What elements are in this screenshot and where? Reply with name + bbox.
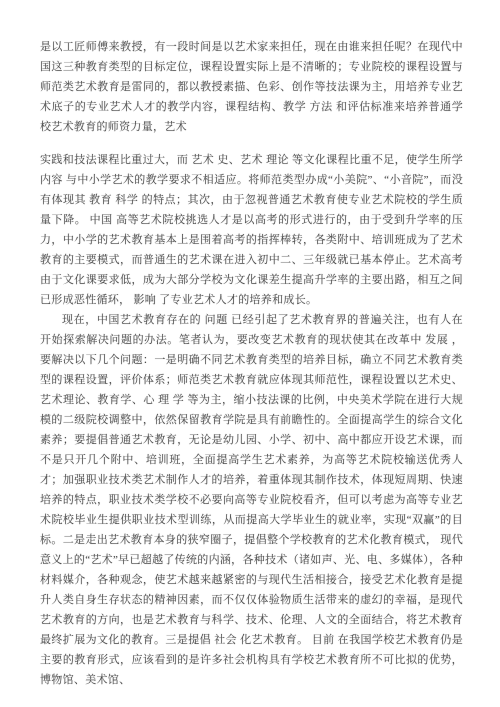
body-paragraph-1: 是以工匠师傅来教授，有一段时间是以艺术家来担任，现在由谁来担任呢？在现代中国这三… — [40, 37, 463, 137]
body-paragraph-3: 现在，中国艺术教育存在的 问题 已经引起了艺术教育界的普遍关注，也有人在开始探索… — [40, 310, 463, 690]
document-page: 是以工匠师傅来教授，有一段时间是以艺术家来担任，现在由谁来担任呢？在现代中国这三… — [0, 0, 500, 707]
body-paragraph-2: 实践和技法课程比重过大，而 艺术 史、艺术 理论 等文化课程比重不足，使学生所学… — [40, 150, 463, 310]
document-body: 是以工匠师傅来教授，有一段时间是以艺术家来担任，现在由谁来担任呢？在现代中国这三… — [40, 37, 463, 690]
